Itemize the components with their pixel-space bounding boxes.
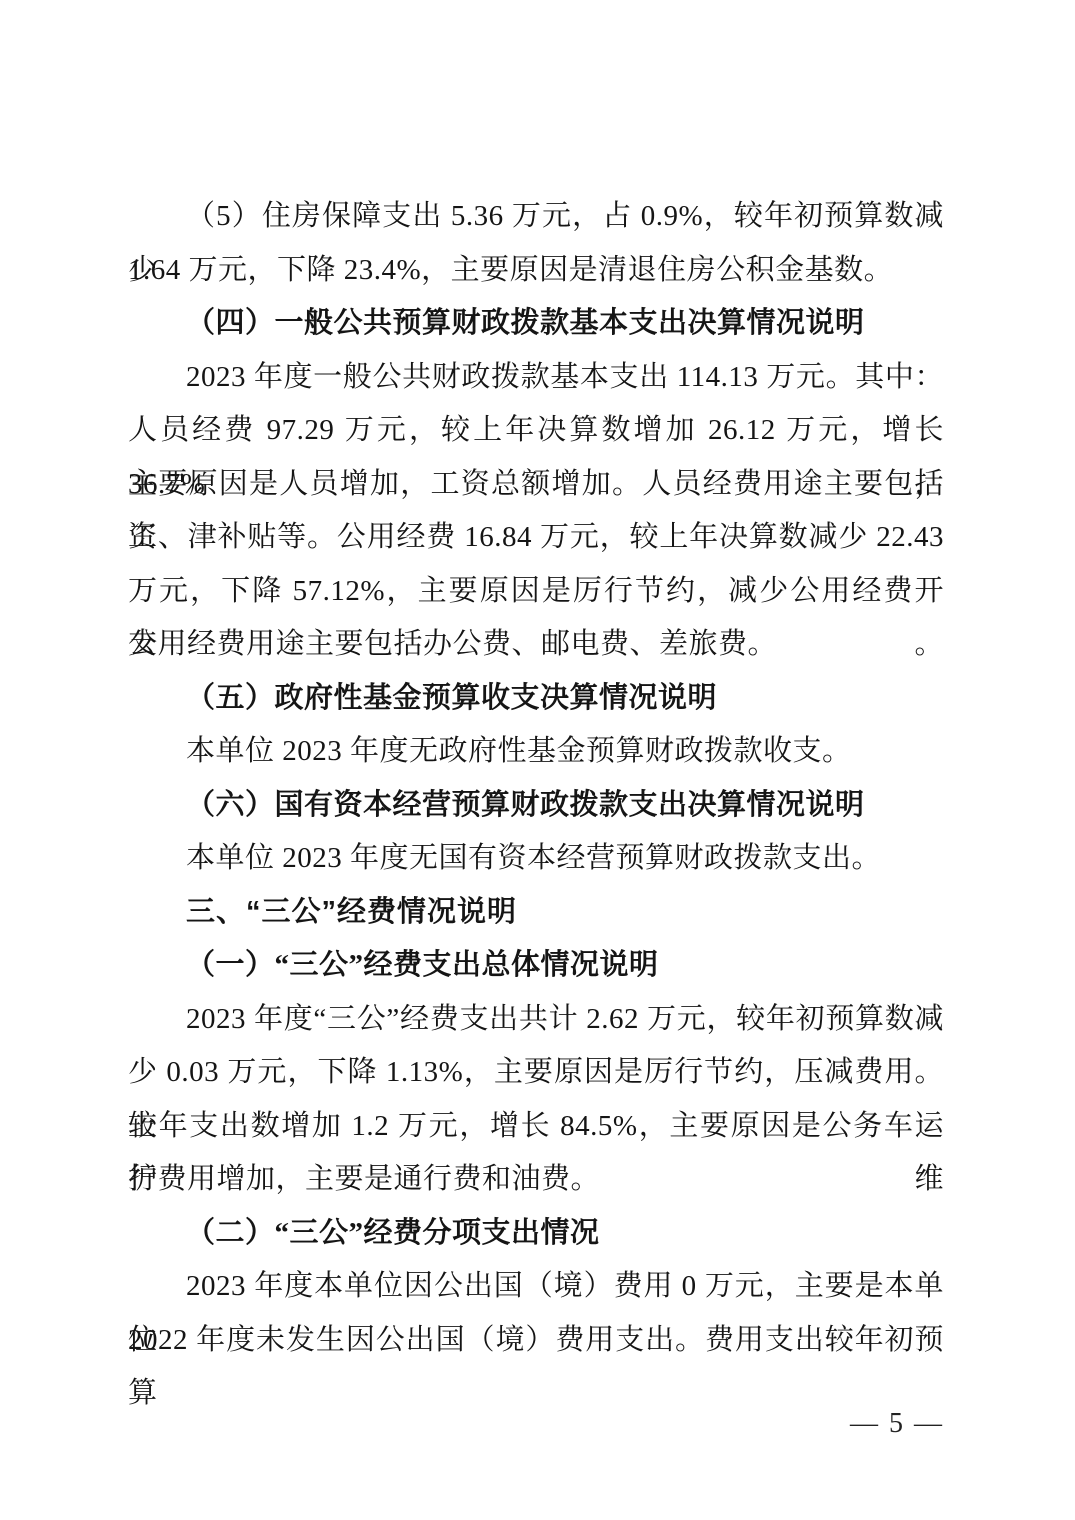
paragraph-line: 2023 年度一般公共财政拨款基本支出 114.13 万元。其中：: [128, 351, 944, 405]
paragraph-line: 本单位 2023 年度无国有资本经营预算财政拨款支出。: [128, 832, 944, 886]
page-number: — 5 —: [850, 1404, 944, 1444]
heading-line: （四）一般公共预算财政拨款基本支出决算情况说明: [128, 297, 944, 351]
heading-line: 三、“三公”经费情况说明: [128, 886, 944, 940]
document-body: （5）住房保障支出 5.36 万元，占 0.9%，较年初预算数减少1.64 万元…: [128, 190, 944, 1367]
paragraph-line: 资、津补贴等。公用经费 16.84 万元，较上年决算数减少 22.43: [128, 511, 944, 565]
paragraph-line: 1.64 万元，下降 23.4%，主要原因是清退住房公积金基数。: [128, 244, 944, 298]
paragraph-line: 2023 年度“三公”经费支出共计 2.62 万元，较年初预算数减: [128, 993, 944, 1047]
document-page: （5）住房保障支出 5.36 万元，占 0.9%，较年初预算数减少1.64 万元…: [0, 0, 1075, 1520]
paragraph-line: 人员经费 97.29 万元，较上年决算数增加 26.12 万元，增长 36.7%…: [128, 404, 944, 458]
heading-line: （五）政府性基金预算收支决算情况说明: [128, 672, 944, 726]
paragraph-line: 上年支出数增加 1.2 万元，增长 84.5%，主要原因是公务车运行维: [128, 1100, 944, 1154]
heading-line: （一）“三公”经费支出总体情况说明: [128, 939, 944, 993]
paragraph-line: （5）住房保障支出 5.36 万元，占 0.9%，较年初预算数减少: [128, 190, 944, 244]
paragraph-line: 本单位 2023 年度无政府性基金预算财政拨款收支。: [128, 725, 944, 779]
paragraph-line: 少 0.03 万元，下降 1.13%，主要原因是厉行节约，压减费用。较: [128, 1046, 944, 1100]
heading-line: （二）“三公”经费分项支出情况: [128, 1207, 944, 1261]
paragraph-line: 主要原因是人员增加，工资总额增加。人员经费用途主要包括工: [128, 458, 944, 512]
paragraph-line: 万元，下降 57.12%，主要原因是厉行节约，减少公用经费开支。: [128, 565, 944, 619]
paragraph-line: 2022 年度未发生因公出国（境）费用支出。费用支出较年初预算: [128, 1314, 944, 1368]
paragraph-line: 2023 年度本单位因公出国（境）费用 0 万元，主要是本单位: [128, 1260, 944, 1314]
heading-line: （六）国有资本经营预算财政拨款支出决算情况说明: [128, 779, 944, 833]
